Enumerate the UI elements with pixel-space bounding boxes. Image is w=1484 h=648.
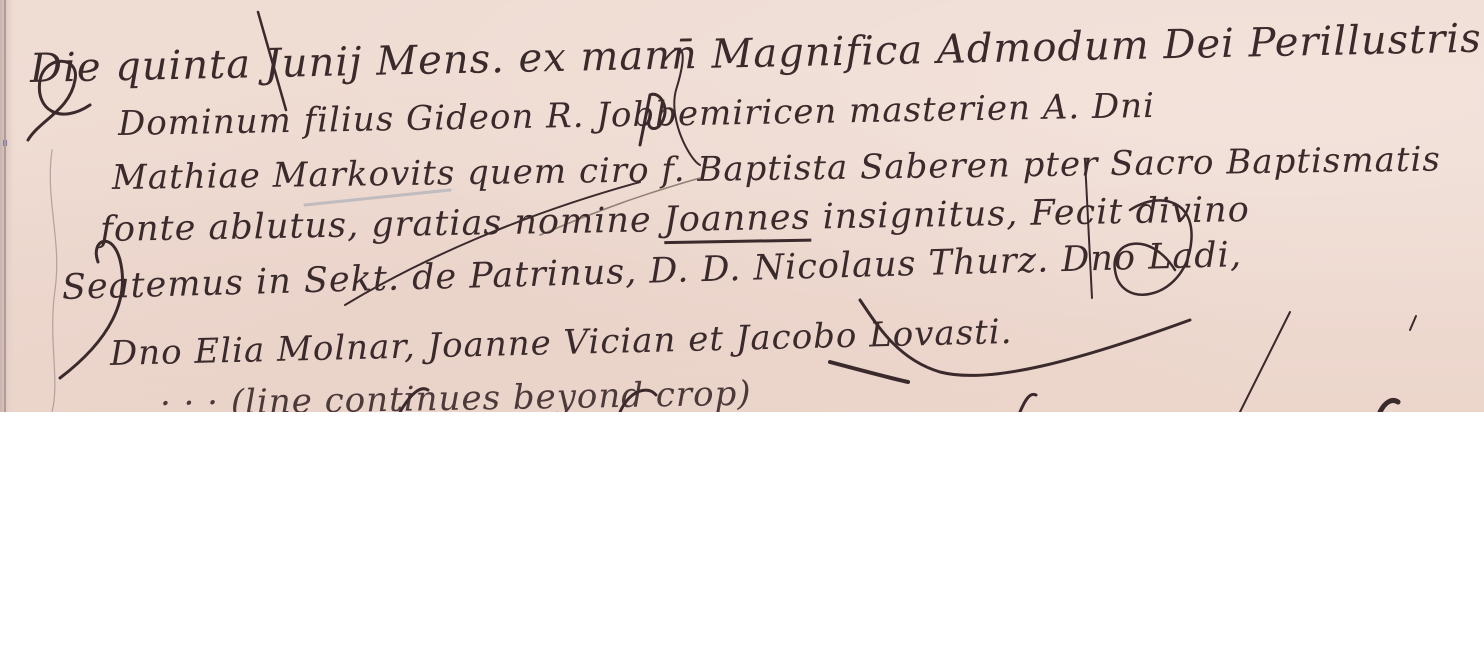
- baptized-name: Joannes: [663, 198, 810, 245]
- blank-area: [0, 412, 1484, 648]
- register-line-4-suffix: insignitus, Fecit divino: [822, 190, 1250, 237]
- manuscript-photo: ıı: [0, 0, 1484, 412]
